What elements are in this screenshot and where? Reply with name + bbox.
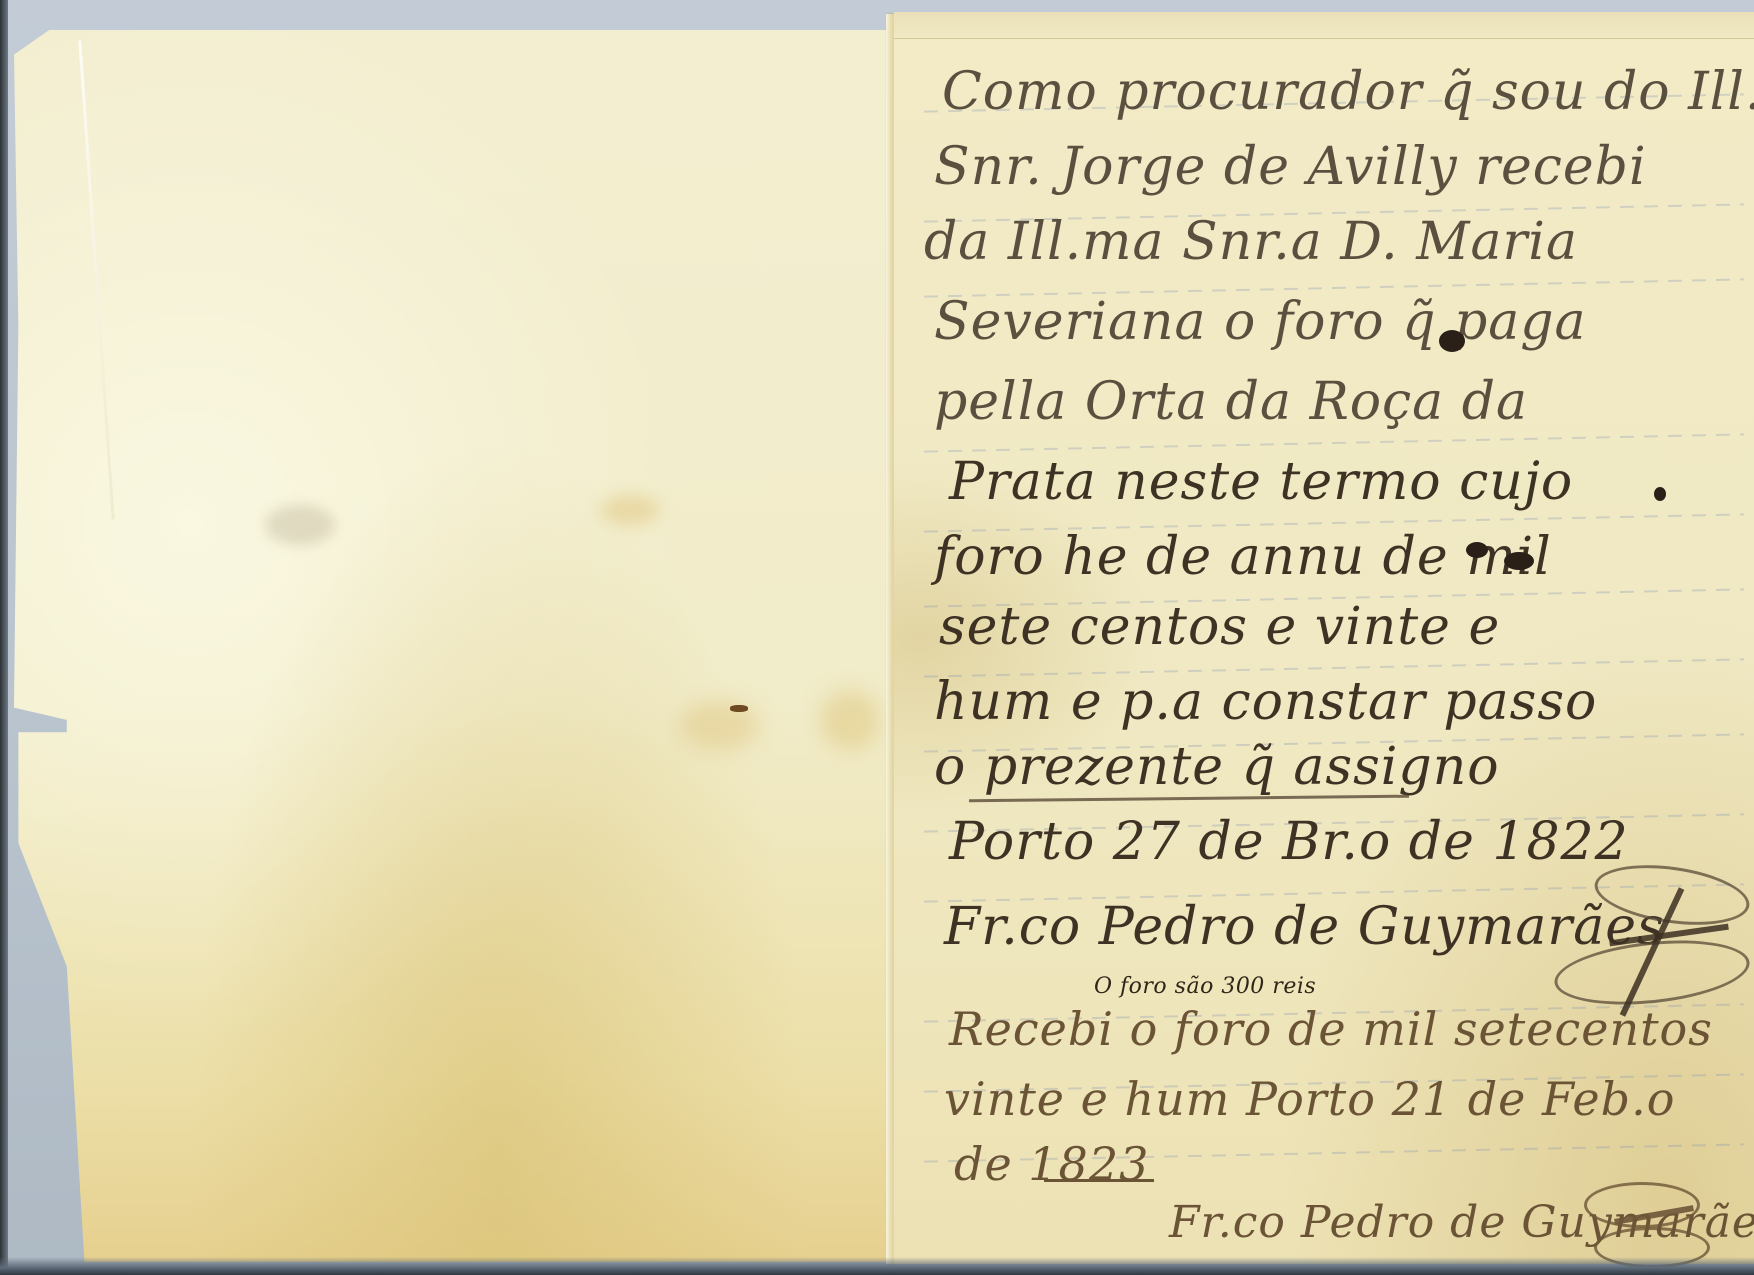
receipt-date-line: de 1823 bbox=[954, 1137, 1149, 1191]
foro-note: O foro são 300 reis bbox=[1094, 974, 1316, 999]
receipt-line: vinte e hum Porto 21 de Feb.o bbox=[944, 1072, 1675, 1126]
right-page-top-edge bbox=[894, 12, 1754, 39]
left-page-smudge bbox=[265, 505, 335, 545]
scanner-bottom-shadow bbox=[0, 1257, 1754, 1275]
signature: Fr.co Pedro de Guymarães bbox=[944, 897, 1665, 957]
manuscript-line: o prezente q̃ assigno bbox=[934, 737, 1500, 797]
left-page-foxing bbox=[600, 495, 660, 525]
manuscript-line: hum e p.a constar passo bbox=[934, 672, 1597, 732]
ink-blot bbox=[1654, 487, 1666, 501]
left-page-foxing bbox=[680, 700, 760, 750]
receipt-line: Recebi o foro de mil setecentos bbox=[949, 1002, 1713, 1056]
bleed-through-line bbox=[924, 433, 1744, 452]
left-page-foxing bbox=[820, 690, 880, 750]
scanner-edge-shadow bbox=[0, 0, 8, 1275]
left-page-blank bbox=[14, 30, 894, 1262]
right-page-manuscript: Como procurador q̃ sou do Ill.mo Snr. Jo… bbox=[894, 12, 1754, 1264]
ink-blot bbox=[1466, 542, 1488, 558]
manuscript-line: pella Orta da Roça da bbox=[934, 372, 1528, 432]
manuscript-line: da Ill.ma Snr.a D. Maria bbox=[924, 212, 1578, 272]
manuscript-line: sete centos e vinte e bbox=[939, 597, 1500, 657]
manuscript-line: Prata neste termo cujo bbox=[949, 452, 1573, 512]
ink-blot bbox=[1504, 552, 1534, 570]
manuscript-date-line: Porto 27 de Br.o de 1822 bbox=[949, 812, 1629, 872]
rubric-flourish bbox=[1584, 1182, 1700, 1228]
underline bbox=[1044, 1179, 1154, 1182]
left-page-ink-speck bbox=[730, 705, 748, 712]
manuscript-line: foro he de annu de mil bbox=[934, 527, 1552, 587]
manuscript-line: Como procurador q̃ sou do Ill.mo bbox=[942, 62, 1754, 122]
manuscript-line: Severiana o foro q̃ paga bbox=[934, 292, 1587, 352]
ink-blot bbox=[1439, 330, 1465, 352]
manuscript-line: Snr. Jorge de Avilly recebi bbox=[934, 137, 1647, 197]
